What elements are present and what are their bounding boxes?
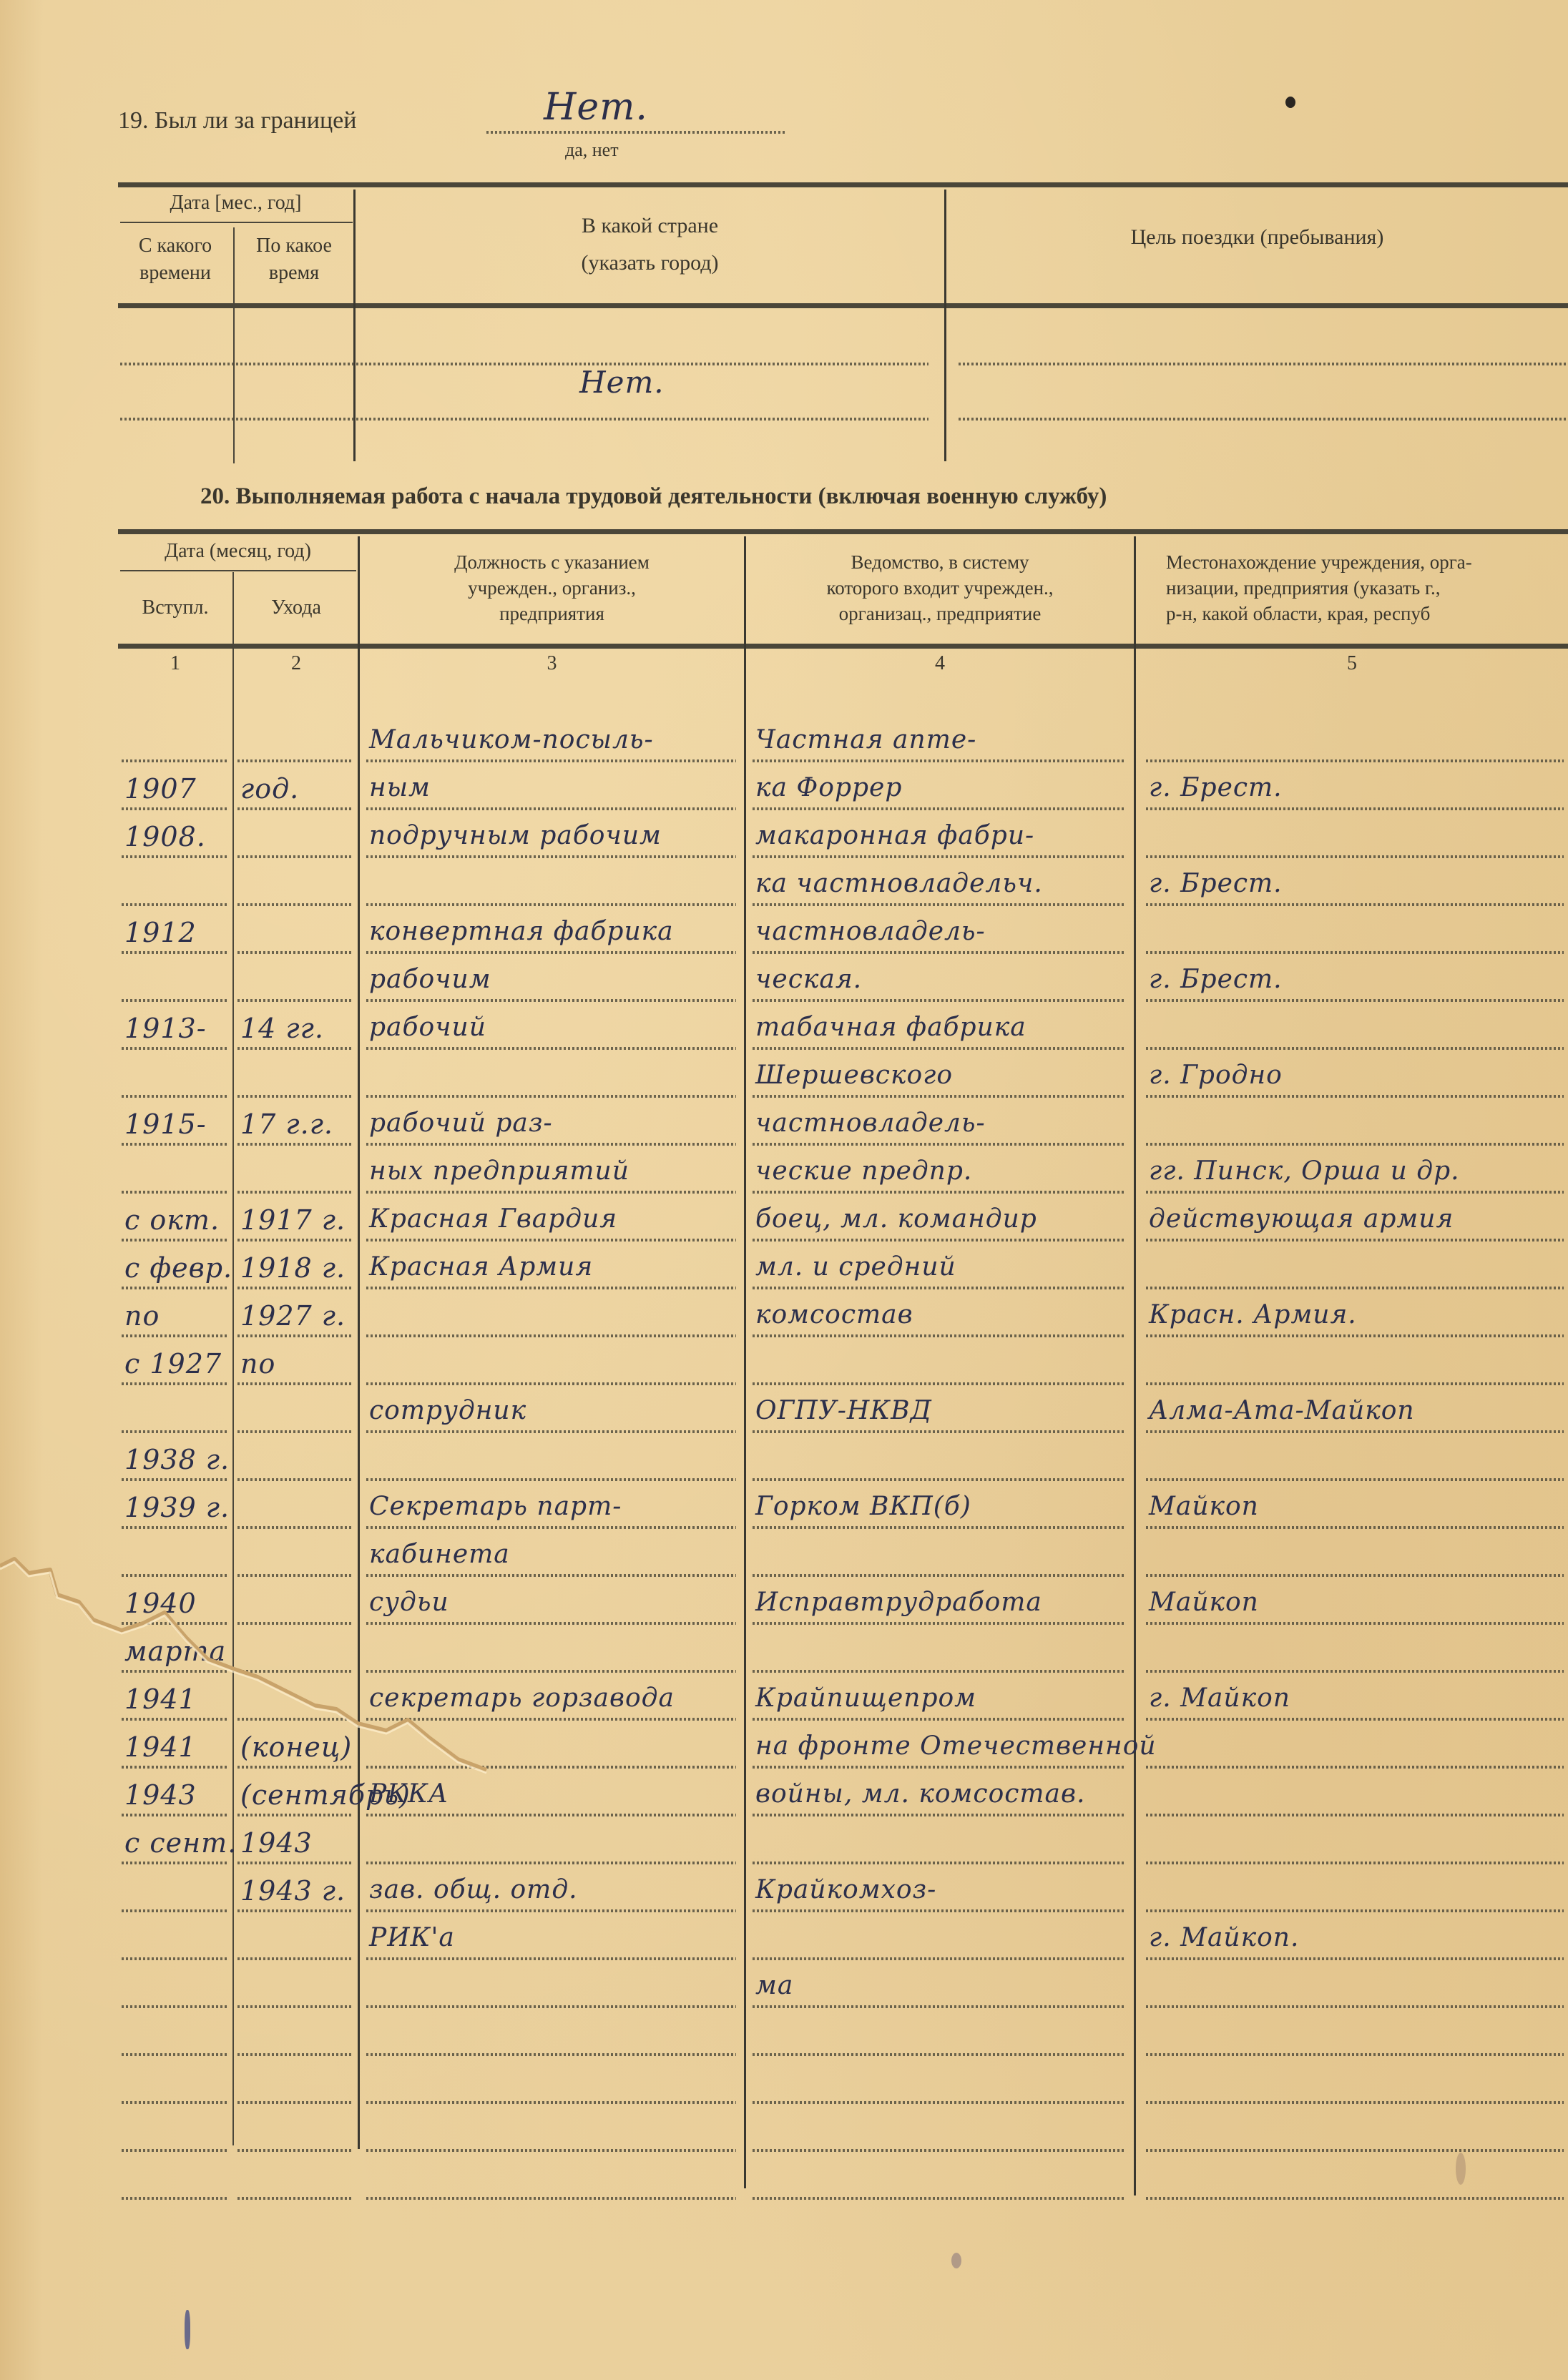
- row-rule: [122, 1718, 227, 1721]
- work-entry-col3: рабочим: [369, 965, 491, 994]
- abroad-answer: Нет.: [544, 86, 648, 129]
- work-entry-col3: Красная Гвардия: [369, 1204, 617, 1234]
- row-rule: [753, 1957, 1126, 1960]
- row-rule: [122, 855, 227, 858]
- ink-speck: [1285, 97, 1295, 108]
- work-entry-col1: 1943: [124, 1779, 197, 1811]
- row-rule: [122, 1095, 227, 1098]
- row-rule: [1146, 1382, 1564, 1385]
- row-rule: [1146, 999, 1564, 1002]
- row-rule: [1146, 2101, 1564, 2104]
- row-rule: [237, 2149, 352, 2152]
- work-entry-col1: по: [124, 1300, 160, 1332]
- row-rule: [122, 1574, 227, 1577]
- work-entry-col1: 1915-: [124, 1108, 207, 1140]
- row-rule: [753, 1622, 1126, 1625]
- row-rule: [366, 2053, 736, 2056]
- work-entry-col4: войны, мл. комсостав.: [755, 1779, 1085, 1809]
- s20-header-department-line1: Ведомство, в систему: [746, 549, 1134, 575]
- s19-row-country: Нет.: [579, 365, 665, 400]
- work-entry-col2: 1943 г.: [240, 1875, 346, 1907]
- s19-header-to-line1: По какое: [235, 232, 353, 260]
- abroad-answer-line: [486, 131, 787, 134]
- s19-header-country-line1: В какой стране: [356, 207, 944, 245]
- row-rule: [1146, 1095, 1564, 1098]
- work-entry-col1: с окт.: [124, 1204, 220, 1236]
- row-rule: [237, 1382, 352, 1385]
- row-rule: [122, 1382, 227, 1385]
- work-entry-col4: макаронная фабри-: [755, 821, 1034, 850]
- s20-header-location-line3: р-н, какой области, края, респуб: [1166, 601, 1568, 626]
- s20-header-department-line2: которого входит учрежден.,: [746, 575, 1134, 601]
- s19-header-to: По какое время: [235, 232, 353, 287]
- s20-header-location: Местонахождение учреждения, орга- низаци…: [1166, 549, 1568, 626]
- row-rule: [753, 1191, 1126, 1194]
- work-entry-col4: табачная фабрика: [755, 1013, 1026, 1042]
- row-rule: [122, 951, 227, 954]
- work-entry-col2: 1943: [240, 1827, 313, 1859]
- work-entry-col4: ческие предпр.: [755, 1156, 972, 1186]
- s20-top-rule: [118, 529, 1568, 534]
- row-rule: [366, 1382, 736, 1385]
- row-rule: [753, 2005, 1126, 2008]
- s19-header-to-line2: время: [235, 260, 353, 287]
- work-entry-col1: с февр.: [124, 1252, 232, 1284]
- ink-speck: [1456, 2153, 1466, 2185]
- work-entry-col5: г. Брест.: [1149, 773, 1283, 802]
- row-rule: [753, 951, 1126, 954]
- row-rule: [366, 903, 736, 906]
- ink-speck: [951, 2253, 961, 2268]
- row-rule: [366, 1478, 736, 1481]
- s19-header-from: С какого времени: [118, 232, 232, 287]
- row-rule: [753, 1382, 1126, 1385]
- row-rule: [1146, 1239, 1564, 1241]
- work-entry-col1: 1907: [124, 773, 197, 805]
- row-rule: [1146, 1814, 1564, 1816]
- s20-header-position-line3: предприятия: [360, 601, 744, 626]
- work-entry-col4: ОГПУ-НКВД: [755, 1396, 932, 1425]
- s20-colnum-3: 3: [360, 652, 744, 675]
- work-entry-col3: рабочий: [369, 1013, 486, 1042]
- row-rule: [753, 1766, 1126, 1769]
- s19-top-rule: [118, 182, 1568, 187]
- row-rule: [237, 951, 352, 954]
- row-rule: [1146, 1574, 1564, 1577]
- s20-date-subrule: [120, 570, 356, 571]
- work-entry-col1: 1938 г.: [124, 1444, 230, 1475]
- row-rule: [753, 1478, 1126, 1481]
- row-rule: [1146, 2005, 1564, 2008]
- work-entry-col4: ка Форрер: [755, 773, 902, 802]
- row-rule: [1146, 1191, 1564, 1194]
- row-rule: [237, 1718, 352, 1721]
- row-rule: [753, 2197, 1126, 2200]
- row-rule: [753, 2053, 1126, 2056]
- s20-header-department: Ведомство, в систему которого входит учр…: [746, 549, 1134, 626]
- row-rule: [237, 807, 352, 810]
- row-rule: [366, 1430, 736, 1433]
- row-rule: [122, 2005, 227, 2008]
- work-entry-col3: РККА: [369, 1779, 449, 1809]
- work-entry-col3: Секретарь парт-: [369, 1492, 622, 1521]
- s19-row-line: [120, 418, 928, 421]
- s19-header-purpose: Цель поездки (пребывания): [946, 225, 1568, 250]
- row-rule: [237, 1287, 352, 1289]
- work-entry-col5: Красн. Армия.: [1149, 1300, 1357, 1329]
- row-rule: [753, 1095, 1126, 1098]
- work-entry-col5: Алма-Ата-Майкоп: [1149, 1396, 1415, 1425]
- row-rule: [122, 2197, 227, 2200]
- s20-divider-col1-col2: [232, 572, 234, 2145]
- section-19-label: 19. Был ли за границей: [118, 107, 356, 134]
- row-rule: [1146, 1766, 1564, 1769]
- row-rule: [366, 1191, 736, 1194]
- row-rule: [753, 1334, 1126, 1337]
- row-rule: [122, 1957, 227, 1960]
- work-entry-col1: 1940: [124, 1588, 197, 1619]
- s20-header-location-line2: низации, предприятия (указать г.,: [1166, 575, 1568, 601]
- work-entry-col1: с сент.: [124, 1827, 237, 1859]
- row-rule: [366, 1287, 736, 1289]
- row-rule: [366, 2005, 736, 2008]
- row-rule: [237, 1478, 352, 1481]
- row-rule: [753, 1287, 1126, 1289]
- row-rule: [753, 759, 1126, 762]
- row-rule: [237, 1334, 352, 1337]
- work-entry-col1: с 1927: [124, 1348, 222, 1380]
- row-rule: [1146, 1287, 1564, 1289]
- row-rule: [753, 1047, 1126, 1050]
- work-entry-col5: Майкоп: [1149, 1492, 1259, 1521]
- work-entry-col4: Частная апте-: [755, 725, 976, 754]
- row-rule: [1146, 807, 1564, 810]
- row-rule: [122, 1526, 227, 1529]
- s20-colnum-4: 4: [746, 652, 1134, 675]
- s19-header-from-line1: С какого: [118, 232, 232, 260]
- row-rule: [122, 1478, 227, 1481]
- row-rule: [366, 1718, 736, 1721]
- work-entry-col2: (конец): [240, 1731, 352, 1763]
- row-rule: [122, 2149, 227, 2152]
- row-rule: [1146, 1478, 1564, 1481]
- row-rule: [753, 1239, 1126, 1241]
- work-entry-col1: 1908.: [124, 821, 206, 852]
- row-rule: [122, 1287, 227, 1289]
- row-rule: [753, 1814, 1126, 1816]
- row-rule: [753, 1430, 1126, 1433]
- row-rule: [366, 2197, 736, 2200]
- work-entry-col2: 1927 г.: [240, 1300, 346, 1332]
- s20-divider-col4-col5: [1134, 536, 1136, 2195]
- work-entry-col2: 1917 г.: [240, 1204, 346, 1236]
- row-rule: [122, 1909, 227, 1912]
- row-rule: [237, 2101, 352, 2104]
- work-entry-col5: Майкоп: [1149, 1588, 1259, 1617]
- row-rule: [237, 999, 352, 1002]
- work-entry-col5: г. Брест.: [1149, 869, 1283, 898]
- section-20-title: 20. Выполняемая работа с начала трудовой…: [200, 483, 1107, 510]
- row-rule: [366, 1143, 736, 1146]
- row-rule: [122, 1430, 227, 1433]
- work-entry-col4: частновладель-: [755, 917, 986, 946]
- row-rule: [237, 1526, 352, 1529]
- work-entry-col1: марта: [124, 1636, 226, 1667]
- work-entry-col3: кабинета: [369, 1540, 510, 1569]
- work-entry-col2: 14 гг.: [240, 1013, 324, 1044]
- row-rule: [366, 855, 736, 858]
- s20-colnum-1: 1: [118, 652, 232, 675]
- row-rule: [1146, 1718, 1564, 1721]
- row-rule: [753, 2149, 1126, 2152]
- row-rule: [237, 1430, 352, 1433]
- s20-header-position-line1: Должность с указанием: [360, 549, 744, 575]
- work-entry-col3: секретарь горзавода: [369, 1683, 675, 1713]
- s20-header-position-line2: учрежден., организ.,: [360, 575, 744, 601]
- s19-header-bottom-rule: [118, 303, 1568, 308]
- s19-header-date: Дата [мес., год]: [118, 192, 353, 215]
- row-rule: [122, 1622, 227, 1625]
- row-rule: [366, 759, 736, 762]
- row-rule: [1146, 903, 1564, 906]
- row-rule: [122, 1670, 227, 1673]
- row-rule: [122, 1143, 227, 1146]
- row-rule: [366, 1095, 736, 1098]
- work-entry-col4: на фронте Отечественной: [755, 1731, 1157, 1761]
- work-entry-col5: гг. Пинск, Орша и др.: [1149, 1156, 1460, 1186]
- work-entry-col4: Исправтрудработа: [755, 1588, 1042, 1617]
- row-rule: [237, 1047, 352, 1050]
- row-rule: [122, 1239, 227, 1241]
- row-rule: [122, 1191, 227, 1194]
- row-rule: [366, 1574, 736, 1577]
- row-rule: [753, 1670, 1126, 1673]
- work-entry-col3: Мальчиком-посыль-: [369, 725, 654, 754]
- row-rule: [1146, 1430, 1564, 1433]
- row-rule: [237, 1622, 352, 1625]
- row-rule: [122, 1334, 227, 1337]
- row-rule: [753, 903, 1126, 906]
- row-rule: [366, 1766, 736, 1769]
- work-entry-col1: 1941: [124, 1683, 197, 1715]
- row-rule: [237, 1191, 352, 1194]
- row-rule: [237, 1957, 352, 1960]
- work-entry-col2: (сентябрь): [240, 1779, 389, 1811]
- row-rule: [366, 1239, 736, 1241]
- row-rule: [122, 759, 227, 762]
- abroad-question-label: 19. Был ли за границей: [118, 107, 356, 134]
- row-rule: [1146, 951, 1564, 954]
- s20-header-end: Ухода: [235, 596, 358, 619]
- row-rule: [237, 1143, 352, 1146]
- row-rule: [237, 1095, 352, 1098]
- work-entry-col4: Горком ВКП(б): [755, 1492, 971, 1521]
- ink-speck: [185, 2310, 190, 2349]
- s19-header-country-line2: (указать город): [356, 245, 944, 282]
- row-rule: [753, 807, 1126, 810]
- row-rule: [237, 1574, 352, 1577]
- row-rule: [753, 1862, 1126, 1864]
- row-rule: [237, 903, 352, 906]
- work-entry-col3: зав. общ. отд.: [369, 1875, 578, 1904]
- row-rule: [366, 1047, 736, 1050]
- row-rule: [753, 1143, 1126, 1146]
- work-entry-col5: г. Гродно: [1149, 1061, 1283, 1090]
- s19-row-line: [959, 418, 1568, 421]
- s19-date-subrule: [120, 222, 353, 223]
- s20-header-location-line1: Местонахождение учреждения, орга-: [1166, 549, 1568, 575]
- row-rule: [1146, 1862, 1564, 1864]
- row-rule: [1146, 2149, 1564, 2152]
- work-entry-col4: комсостав: [755, 1300, 913, 1329]
- row-rule: [366, 2149, 736, 2152]
- s19-row-line: [120, 363, 928, 365]
- row-rule: [237, 2053, 352, 2056]
- work-entry-col3: ных предприятий: [369, 1156, 629, 1186]
- row-rule: [366, 999, 736, 1002]
- row-rule: [237, 759, 352, 762]
- row-rule: [237, 2005, 352, 2008]
- row-rule: [366, 1526, 736, 1529]
- work-entry-col5: г. Майкоп: [1149, 1683, 1290, 1713]
- row-rule: [753, 1526, 1126, 1529]
- work-entry-col3: РИК'а: [369, 1923, 455, 1952]
- row-rule: [1146, 855, 1564, 858]
- row-rule: [366, 1670, 736, 1673]
- row-rule: [1146, 1143, 1564, 1146]
- work-entry-col1: 1941: [124, 1731, 197, 1763]
- row-rule: [753, 855, 1126, 858]
- s19-header-from-line2: времени: [118, 260, 232, 287]
- row-rule: [1146, 1334, 1564, 1337]
- work-entry-col2: год.: [240, 773, 299, 805]
- row-rule: [366, 1909, 736, 1912]
- row-rule: [122, 1814, 227, 1816]
- work-entry-col2: 1918 г.: [240, 1252, 346, 1284]
- row-rule: [1146, 759, 1564, 762]
- work-entry-col3: ным: [369, 773, 431, 802]
- work-entry-col1: 1912: [124, 917, 197, 948]
- work-entry-col1: 1939 г.: [124, 1492, 230, 1523]
- row-rule: [366, 1957, 736, 1960]
- work-entry-col4: ческая.: [755, 965, 862, 994]
- row-rule: [122, 1862, 227, 1864]
- row-rule: [122, 1047, 227, 1050]
- row-rule: [753, 2101, 1126, 2104]
- row-rule: [366, 1814, 736, 1816]
- row-rule: [1146, 1957, 1564, 1960]
- row-rule: [1146, 1909, 1564, 1912]
- row-rule: [1146, 2053, 1564, 2056]
- row-rule: [122, 2053, 227, 2056]
- row-rule: [122, 1766, 227, 1769]
- row-rule: [237, 1239, 352, 1241]
- row-rule: [1146, 2197, 1564, 2200]
- work-entry-col3: рабочий раз-: [369, 1108, 553, 1138]
- row-rule: [753, 1718, 1126, 1721]
- row-rule: [237, 1814, 352, 1816]
- work-entry-col5: г. Майкоп.: [1149, 1923, 1299, 1952]
- row-rule: [122, 2101, 227, 2104]
- row-rule: [753, 1909, 1126, 1912]
- row-rule: [237, 1909, 352, 1912]
- row-rule: [753, 999, 1126, 1002]
- row-rule: [237, 2197, 352, 2200]
- s19-row-line: [959, 363, 1568, 365]
- work-entry-col3: подручным рабочим: [369, 821, 662, 850]
- row-rule: [122, 807, 227, 810]
- row-rule: [366, 2101, 736, 2104]
- work-entry-col4: боец, мл. командир: [755, 1204, 1037, 1234]
- work-entry-col4: ка частновладельч.: [755, 869, 1043, 898]
- work-entry-col3: судьи: [369, 1588, 449, 1617]
- row-rule: [366, 807, 736, 810]
- row-rule: [1146, 1047, 1564, 1050]
- row-rule: [237, 855, 352, 858]
- row-rule: [237, 1766, 352, 1769]
- work-entry-col4: ма: [755, 1971, 793, 2000]
- row-rule: [237, 1862, 352, 1864]
- abroad-answer-hint: да, нет: [565, 139, 619, 161]
- row-rule: [1146, 1526, 1564, 1529]
- s19-header-country: В какой стране (указать город): [356, 207, 944, 282]
- row-rule: [366, 1862, 736, 1864]
- work-entry-col4: Крайпищепром: [755, 1683, 976, 1713]
- s20-header-date: Дата (месяц, год): [118, 540, 358, 563]
- row-rule: [122, 999, 227, 1002]
- s20-divider-col3-col4: [744, 536, 746, 2188]
- work-entry-col2: 17 г.г.: [240, 1108, 333, 1140]
- work-entry-col3: конвертная фабрика: [369, 917, 674, 946]
- s20-header-bottom-rule: [118, 644, 1568, 649]
- work-entry-col4: частновладель-: [755, 1108, 986, 1138]
- row-rule: [366, 1334, 736, 1337]
- row-rule: [237, 1670, 352, 1673]
- work-entry-col5: г. Брест.: [1149, 965, 1283, 994]
- row-rule: [1146, 1670, 1564, 1673]
- work-entry-col4: мл. и средний: [755, 1252, 956, 1282]
- s20-header-start: Вступл.: [118, 596, 232, 619]
- row-rule: [753, 1574, 1126, 1577]
- work-entry-col4: Крайкомхоз-: [755, 1875, 936, 1904]
- work-entry-col5: действующая армия: [1149, 1204, 1454, 1234]
- work-entry-col1: 1913-: [124, 1013, 207, 1044]
- s20-divider-col2-col3: [358, 536, 360, 2149]
- row-rule: [366, 951, 736, 954]
- s20-colnum-2: 2: [235, 652, 358, 675]
- row-rule: [122, 903, 227, 906]
- row-rule: [366, 1622, 736, 1625]
- work-entry-col3: сотрудник: [369, 1396, 526, 1425]
- s20-header-position: Должность с указанием учрежден., организ…: [360, 549, 744, 626]
- work-entry-col3: Красная Армия: [369, 1252, 593, 1282]
- s20-header-department-line3: организац., предприятие: [746, 601, 1134, 626]
- work-entry-col4: Шершевского: [755, 1061, 953, 1090]
- work-entry-col2: по: [240, 1348, 275, 1380]
- row-rule: [1146, 1622, 1564, 1625]
- s20-colnum-5: 5: [1136, 652, 1568, 675]
